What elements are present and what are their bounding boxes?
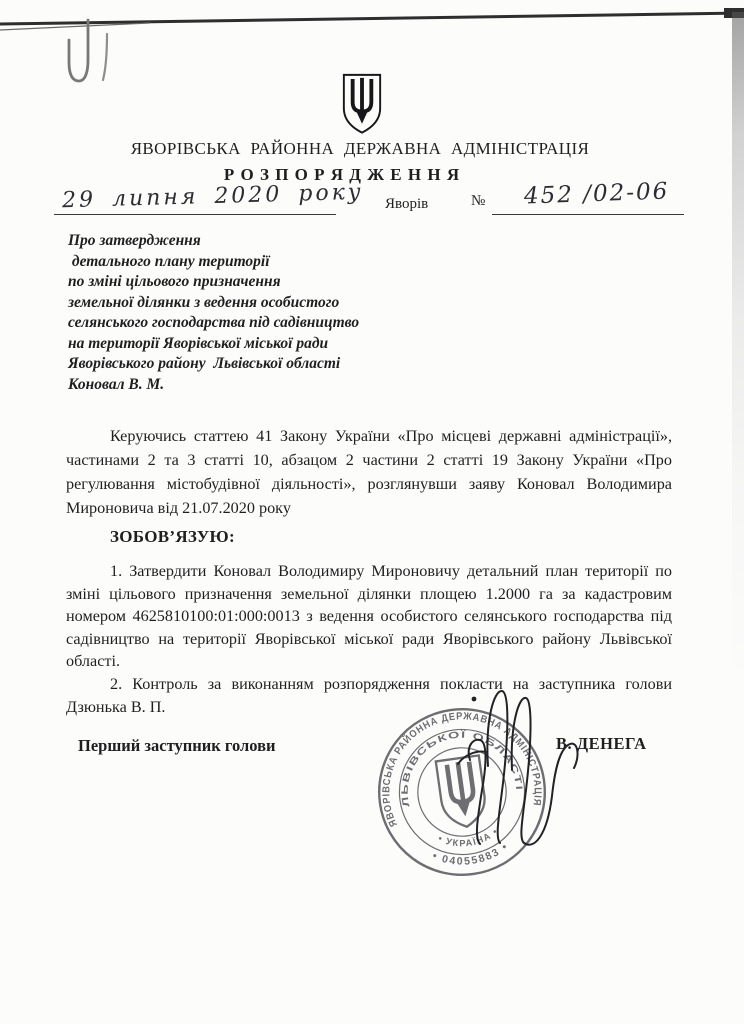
subject-line: Яворівського району Львівської області — [68, 354, 359, 375]
subject-line: по зміні цільового призначення — [68, 272, 359, 293]
subject-line: Про затвердження — [68, 231, 359, 252]
subject-block: Про затвердження детального плану терито… — [68, 231, 359, 395]
organization-name: ЯВОРІВСЬКА РАЙОННА ДЕРЖАВНА АДМІНІСТРАЦІ… — [0, 139, 720, 159]
subject-line: земельної ділянки з ведення особистого — [68, 293, 359, 314]
scan-right-edge-shadow — [732, 12, 744, 692]
date-underline — [54, 214, 336, 215]
signature-scribble — [428, 678, 588, 868]
order-item-1: 1. Затвердити Коновал Володимиру Миронов… — [66, 560, 672, 673]
position-title: Перший заступник голови — [78, 736, 276, 756]
coat-of-arms-trident-icon — [340, 73, 384, 135]
handwritten-number: 452 /02-06 — [524, 178, 670, 209]
number-label: № — [471, 193, 485, 210]
number-underline — [492, 214, 684, 215]
subject-line: на території Яворівської міської ради — [68, 334, 359, 355]
subject-line: селянського господарства під садівництво — [68, 313, 359, 334]
paperclip-icon — [69, 20, 107, 81]
subject-line: детального плану території — [68, 252, 359, 273]
scanned-document-page: ЯВОРІВСЬКА РАЙОННА ДЕРЖАВНА АДМІНІСТРАЦІ… — [0, 0, 744, 1024]
obligate-heading: ЗОБОВ’ЯЗУЮ: — [110, 527, 235, 547]
subject-line: Коновал В. М. — [68, 375, 359, 396]
preamble-paragraph: Керуючись статтею 41 Закону України «Про… — [66, 424, 672, 520]
place-name: Яворів — [385, 196, 428, 213]
